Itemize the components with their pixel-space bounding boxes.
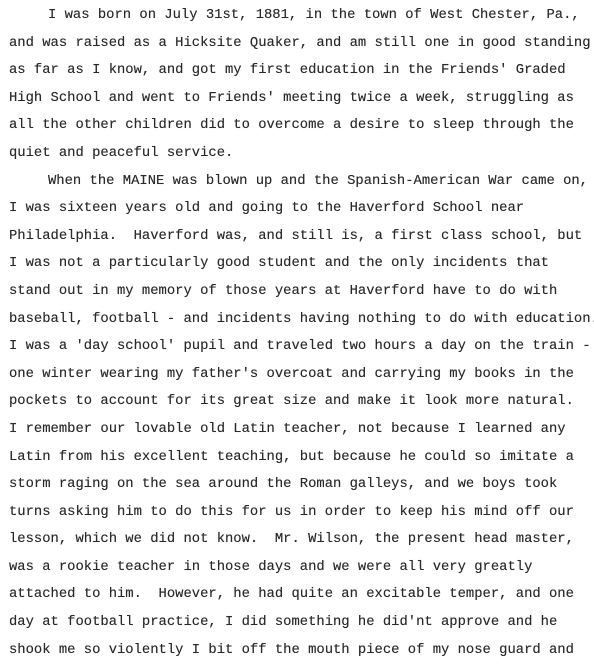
- text-line: shook me so violently I bit off the mout…: [9, 637, 594, 665]
- text-line: storm raging on the sea around the Roman…: [9, 471, 594, 499]
- text-line: I was sixteen years old and going to the…: [9, 195, 594, 223]
- text-line: Latin from his excellent teaching, but b…: [9, 444, 594, 472]
- text-line: and was raised as a Hicksite Quaker, and…: [9, 30, 594, 58]
- text-line: When the MAINE was blown up and the Span…: [9, 168, 594, 196]
- text-line: one winter wearing my father's overcoat …: [9, 361, 594, 389]
- text-line: I was born on July 31st, 1881, in the to…: [9, 2, 594, 30]
- text-line: was a rookie teacher in those days and w…: [9, 554, 594, 582]
- text-line: as far as I know, and got my first educa…: [9, 57, 594, 85]
- text-line: lesson, which we did not know. Mr. Wilso…: [9, 526, 594, 554]
- paragraph-haverford: When the MAINE was blown up and the Span…: [9, 168, 594, 665]
- text-line: attached to him. However, he had quite a…: [9, 581, 594, 609]
- text-line: baseball, football - and incidents havin…: [9, 306, 594, 334]
- text-line: quiet and peaceful service.: [9, 140, 594, 168]
- text-line: I was a 'day school' pupil and traveled …: [9, 333, 594, 361]
- text-line: I remember our lovable old Latin teacher…: [9, 416, 594, 444]
- typewritten-page: I was born on July 31st, 1881, in the to…: [9, 2, 594, 664]
- text-line: stand out in my memory of those years at…: [9, 278, 594, 306]
- paragraph-childhood: I was born on July 31st, 1881, in the to…: [9, 2, 594, 168]
- text-line: Philadelphia. Haverford was, and still i…: [9, 223, 594, 251]
- text-line: day at football practice, I did somethin…: [9, 609, 594, 637]
- text-line: High School and went to Friends' meeting…: [9, 85, 594, 113]
- text-line: all the other children did to overcome a…: [9, 112, 594, 140]
- text-line: turns asking him to do this for us in or…: [9, 499, 594, 527]
- text-line: pockets to account for its great size an…: [9, 388, 594, 416]
- text-line: I was not a particularly good student an…: [9, 250, 594, 278]
